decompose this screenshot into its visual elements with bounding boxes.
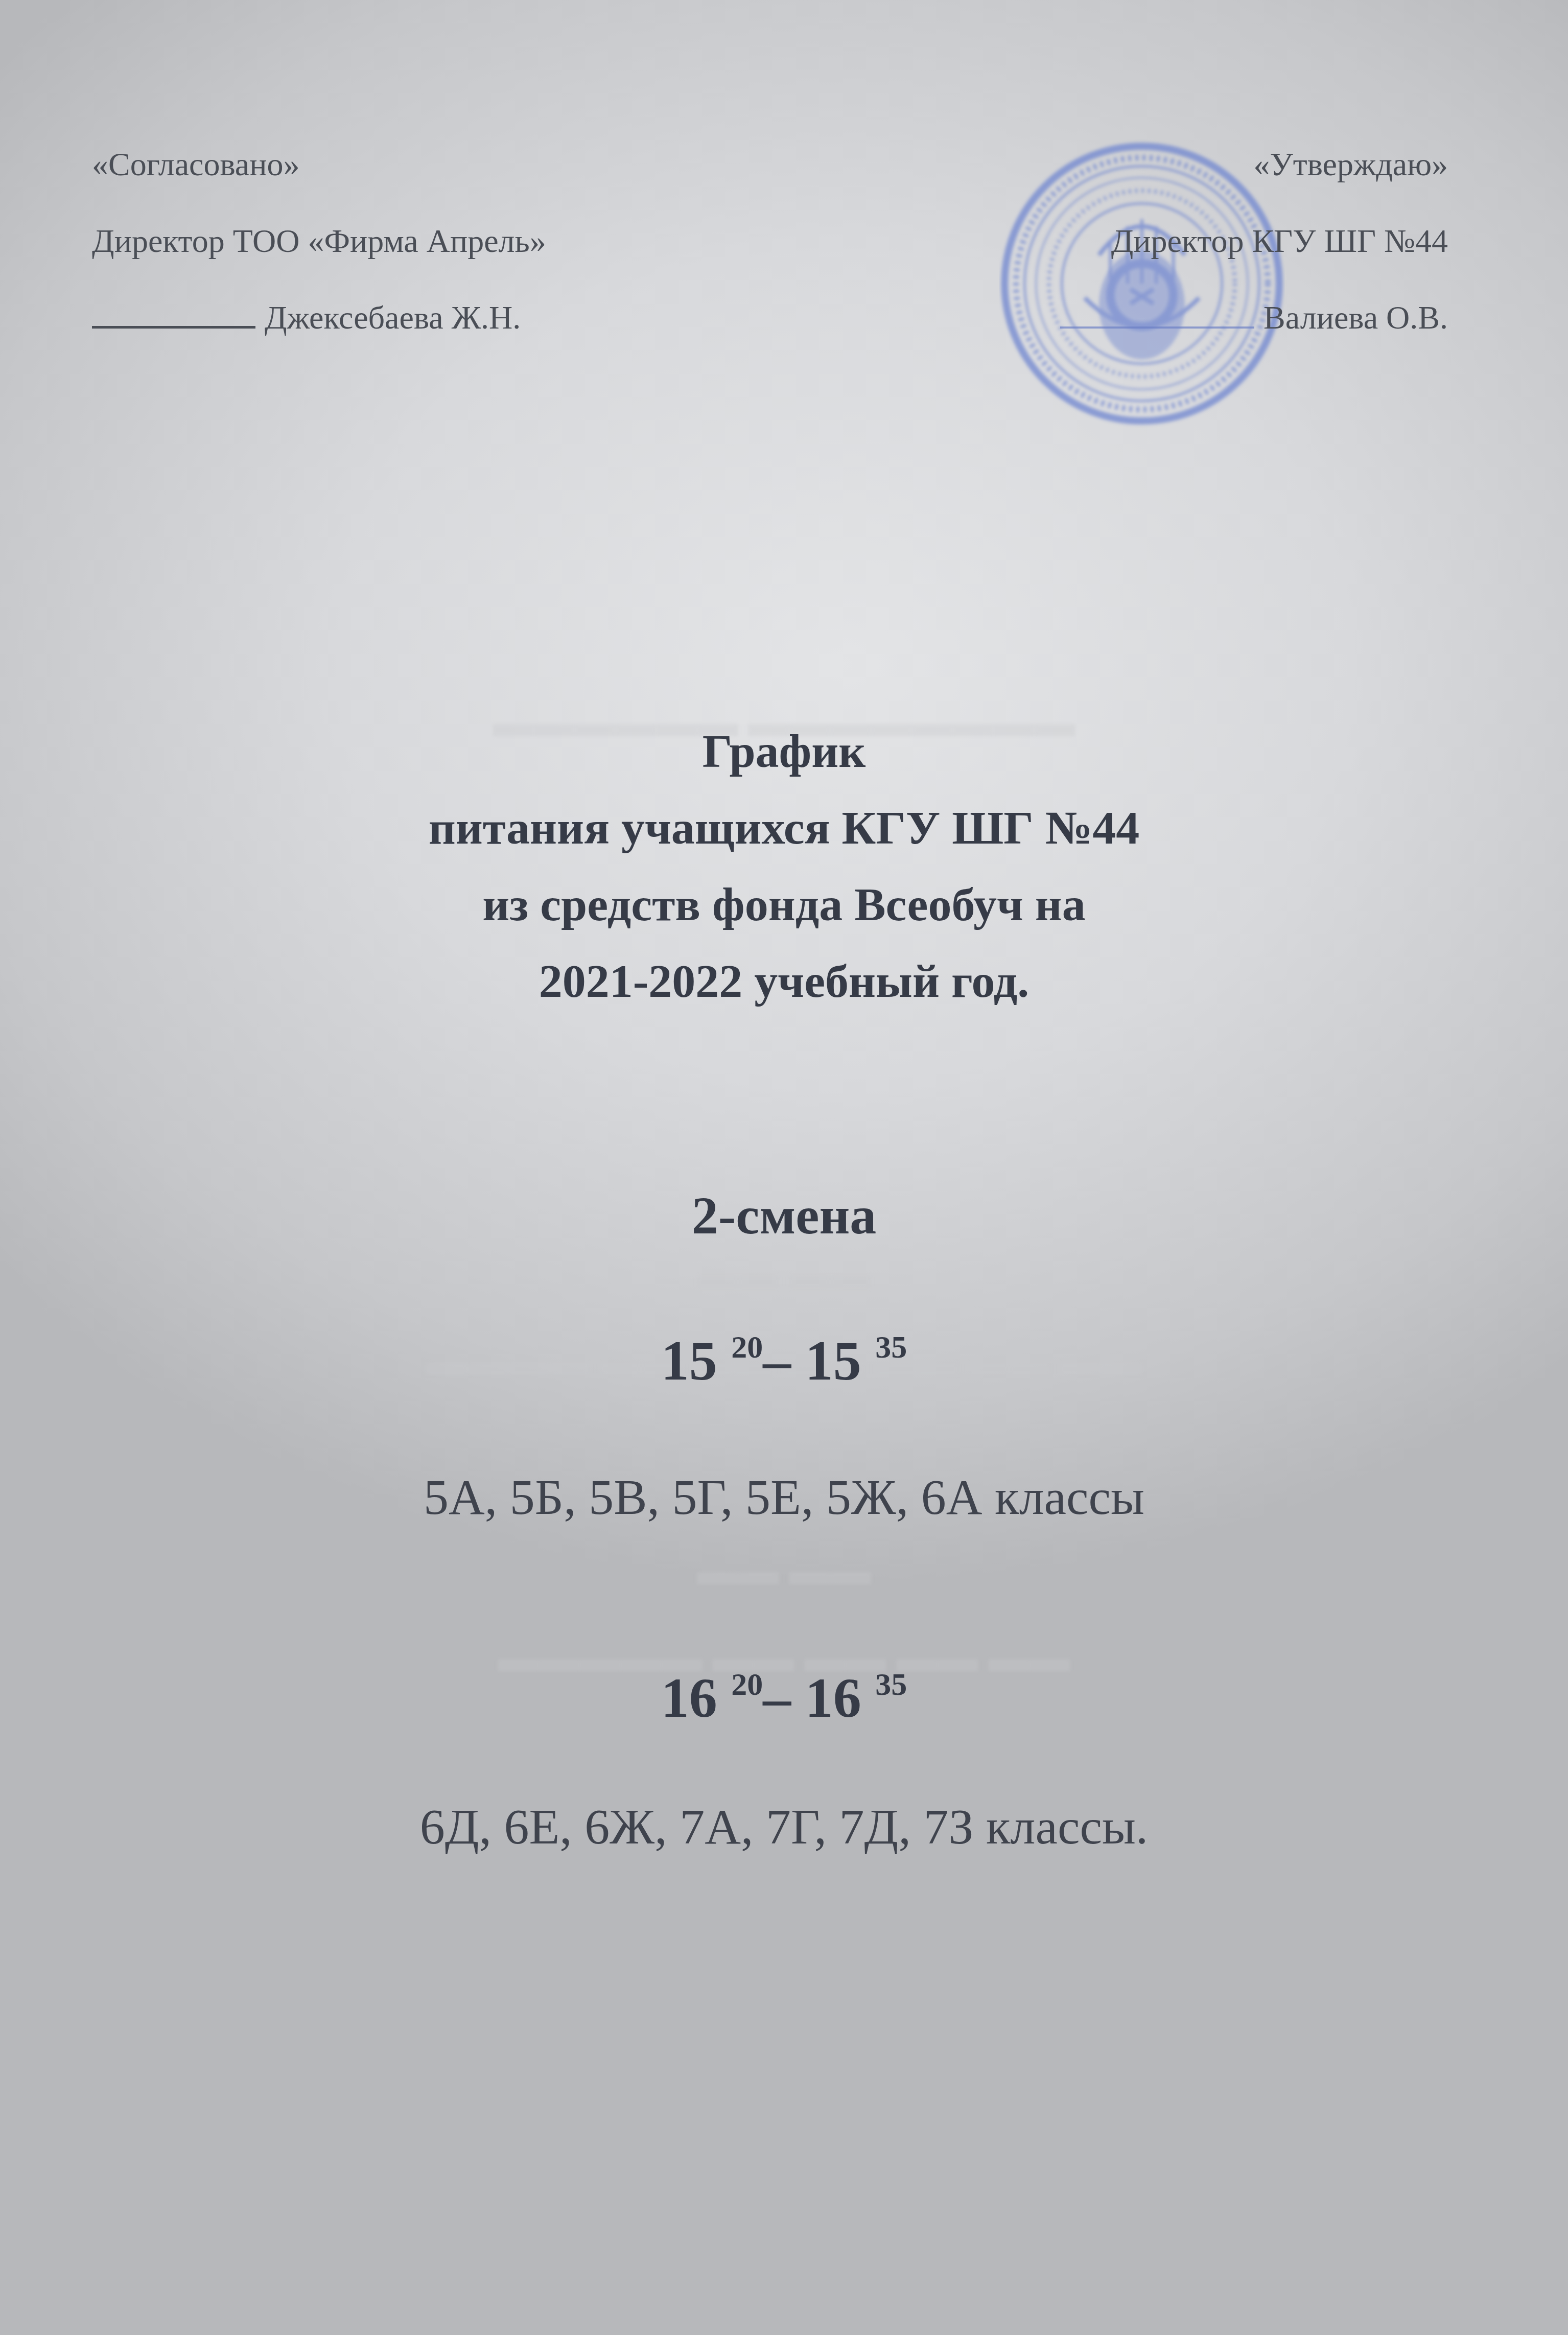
approved-signature: Валиева О.В.: [1060, 301, 1448, 378]
class-list-1: 5А, 5Б, 5В, 5Г, 5Е, 5Ж, 6А классы: [0, 1469, 1568, 1526]
start-minutes: 20: [731, 1330, 763, 1365]
signature-line: [92, 326, 255, 329]
agreed-signature: Джексебаева Ж.Н.: [92, 301, 546, 378]
time-slot-2: 16 20– 16 35: [0, 1666, 1568, 1731]
title-line-3: из средств фонда Всеобуч на: [0, 866, 1568, 943]
start-minutes: 20: [731, 1667, 763, 1702]
agreed-label: «Согласовано»: [92, 148, 546, 225]
document-title: График питания учащихся КГУ ШГ №44 из ср…: [0, 713, 1568, 1019]
class-list-2: 6Д, 6Е, 6Ж, 7А, 7Г, 7Д, 7З классы.: [0, 1799, 1568, 1856]
approved-signature-name: Валиева О.В.: [1263, 299, 1448, 336]
shift-heading: 2-смена: [0, 1185, 1568, 1246]
time-slot-1: 15 20– 15 35: [0, 1328, 1568, 1393]
agreed-signature-name: Джексебаева Ж.Н.: [265, 299, 521, 336]
end-minutes: 35: [875, 1667, 907, 1702]
signature-line: [1060, 326, 1254, 329]
start-hour: 16: [661, 1667, 717, 1729]
title-line-4: 2021-2022 учебный год.: [0, 943, 1568, 1019]
time-dash: –: [763, 1667, 791, 1729]
time-dash: –: [763, 1329, 791, 1392]
title-line-2: питания учащихся КГУ ШГ №44: [0, 789, 1568, 866]
approved-position: Директор КГУ ШГ №44: [1060, 225, 1448, 301]
document-page: «Согласовано» Директор ТОО «Фирма Апрель…: [0, 0, 1568, 2335]
approval-block-agreed: «Согласовано» Директор ТОО «Фирма Апрель…: [92, 148, 546, 378]
bleed-through-text: ▬▬ ▬▬: [0, 1252, 1568, 1298]
title-line-1: График: [0, 713, 1568, 789]
approval-block-approved: «Утверждаю» Директор КГУ ШГ №44 Валиева …: [1060, 148, 1448, 378]
bleed-through-text: ▬▬ ▬▬: [0, 1548, 1568, 1595]
end-minutes: 35: [875, 1330, 907, 1365]
start-hour: 15: [661, 1329, 717, 1392]
end-hour: 15: [805, 1329, 861, 1392]
approved-label: «Утверждаю»: [1060, 148, 1448, 225]
agreed-position: Директор ТОО «Фирма Апрель»: [92, 225, 546, 301]
end-hour: 16: [805, 1667, 861, 1729]
